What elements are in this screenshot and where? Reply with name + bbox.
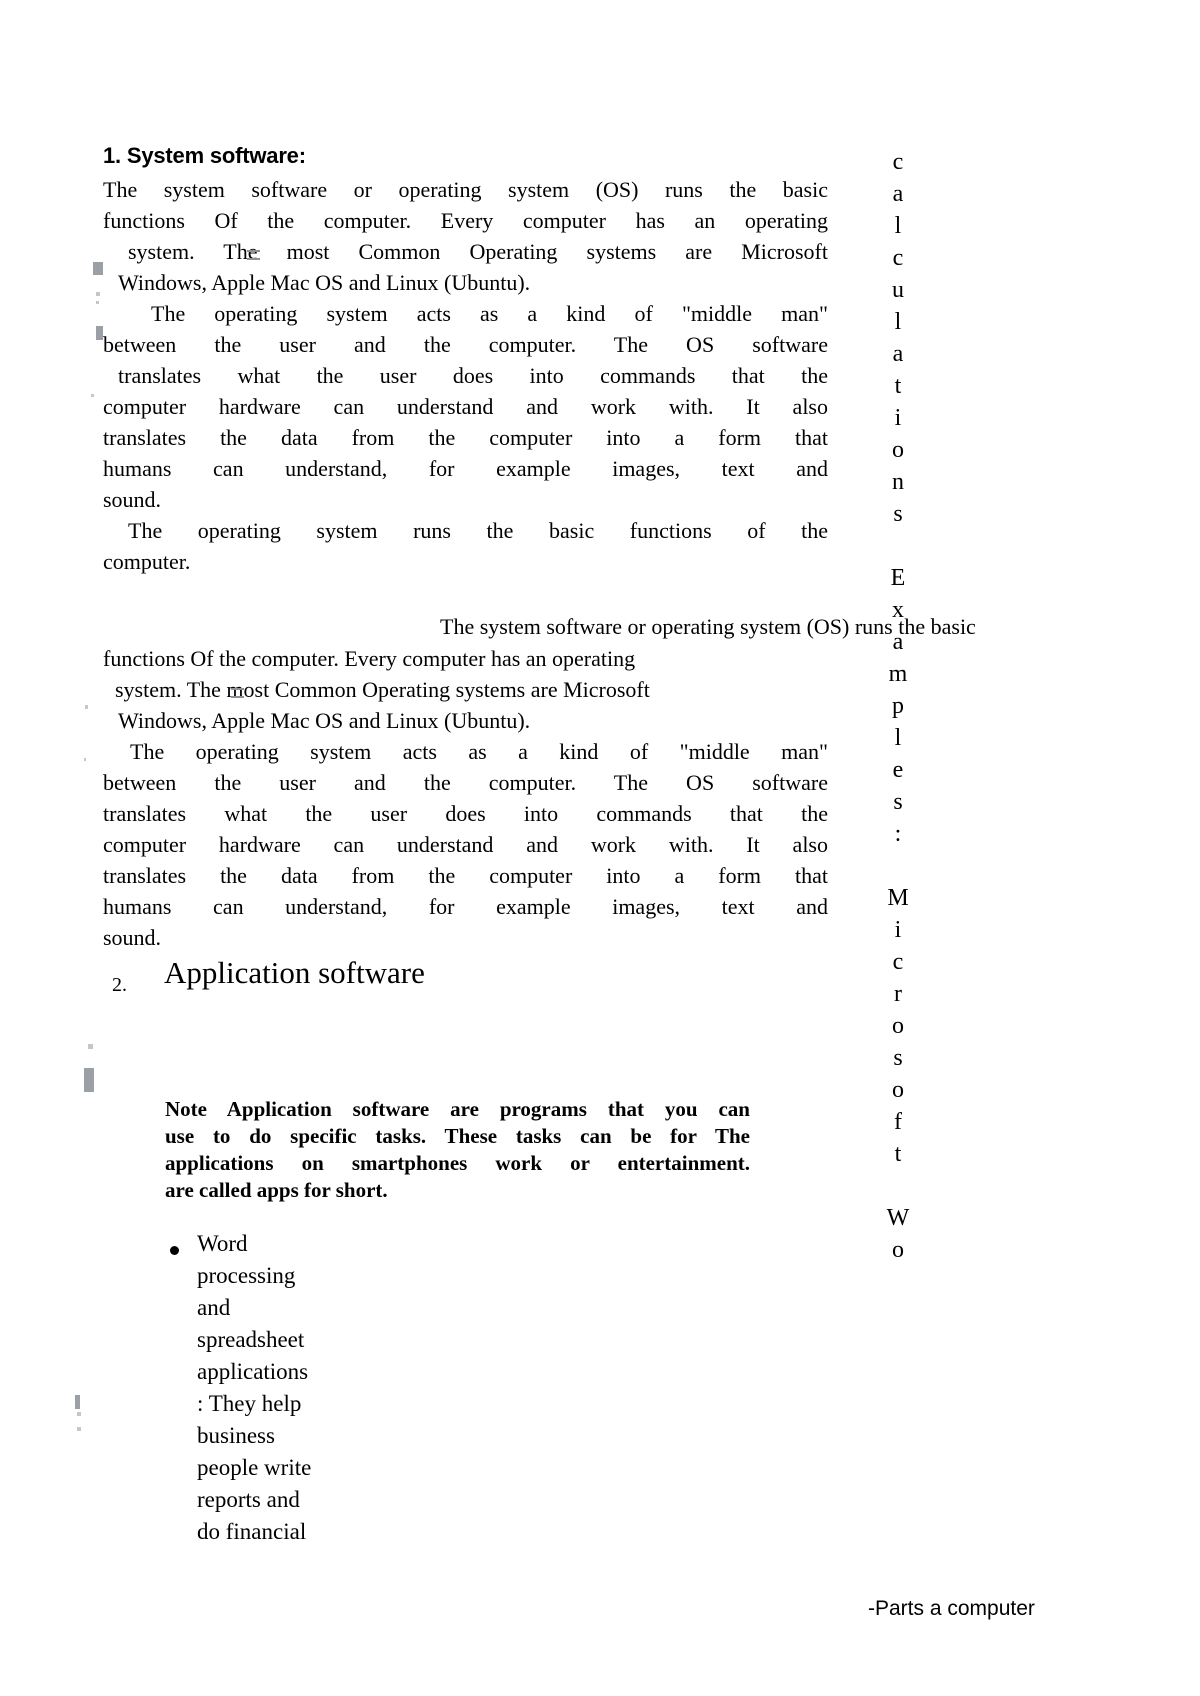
text-line: between the user and the computer. The O… <box>103 767 828 798</box>
paragraph-system-software-duplicate: functions Of the computer. Every compute… <box>103 643 828 953</box>
text-line: between the user and the computer. The O… <box>103 329 828 360</box>
text-line: system. The most Common Operating system… <box>115 674 828 705</box>
list-item-line: do financial <box>197 1516 342 1548</box>
text-line: use to do specific tasks. These tasks ca… <box>165 1123 750 1150</box>
list-item-line: applications <box>197 1356 342 1388</box>
text-line: translates the data from the computer in… <box>103 860 828 891</box>
list-item-line: spreadsheet <box>197 1324 342 1356</box>
scan-artifact <box>84 758 86 761</box>
list-item-line: : They help <box>197 1388 342 1420</box>
text-line: The operating system runs the basic func… <box>128 515 828 546</box>
text-line: translates what the user does into comma… <box>118 360 828 391</box>
document-page: 1. System software: The system software … <box>0 0 1200 1696</box>
note-paragraph: Note Application software are programs t… <box>165 1096 750 1204</box>
text-line: sound. <box>103 922 828 953</box>
text-line: Windows, Apple Mac OS and Linux (Ubuntu)… <box>118 705 828 736</box>
scan-artifact <box>88 1044 93 1049</box>
scan-artifact <box>96 292 100 296</box>
text-line: translates the data from the computer in… <box>103 422 828 453</box>
scan-artifact <box>77 1427 81 1431</box>
text-line: humans can understand, for example image… <box>103 891 828 922</box>
text-line: computer hardware can understand and wor… <box>103 829 828 860</box>
text-line: The operating system acts as a kind of "… <box>151 298 828 329</box>
text-line: system. The most Common Operating system… <box>128 236 828 267</box>
side-vertical-text-column: calculations Examples: Microsoft Wo <box>884 146 912 1266</box>
bullet-list-word-processing: Wordprocessingandspreadsheetapplications… <box>197 1228 342 1548</box>
scan-artifact <box>93 262 103 275</box>
scan-artifact <box>85 705 88 709</box>
footer-caption: -Parts a computer <box>868 1597 1035 1621</box>
section1-heading: 1. System software: <box>103 144 306 168</box>
text-line: The operating system acts as a kind of "… <box>130 736 828 767</box>
list-item-line: reports and <box>197 1484 342 1516</box>
list-item-line: Word <box>197 1228 342 1260</box>
text-line: applications on smartphones work or ente… <box>165 1150 750 1177</box>
paragraph-system-software: The system software or operating system … <box>103 174 828 577</box>
text-line: translates what the user does into comma… <box>103 798 828 829</box>
text-line: computer hardware can understand and wor… <box>103 391 828 422</box>
scan-artifact <box>247 250 260 260</box>
section2-heading: Application software <box>164 955 425 991</box>
list-item-line: people write <box>197 1452 342 1484</box>
scan-artifact <box>91 394 94 397</box>
list-item-line: and <box>197 1292 342 1324</box>
list-item-line: business <box>197 1420 342 1452</box>
scan-artifact <box>75 1395 80 1409</box>
scan-artifact <box>84 1068 94 1092</box>
text-line: functions Of the computer. Every compute… <box>103 643 828 674</box>
text-line: sound. <box>103 484 828 515</box>
section2-number: 2. <box>112 974 127 996</box>
text-line: The system software or operating system … <box>103 174 828 205</box>
scan-artifact <box>77 1412 81 1416</box>
text-line: are called apps for short. <box>165 1177 750 1204</box>
text-line: Windows, Apple Mac OS and Linux (Ubuntu)… <box>118 267 828 298</box>
text-line: Note Application software are programs t… <box>165 1096 750 1123</box>
bullet-icon <box>170 1246 179 1255</box>
text-line: functions Of the computer. Every compute… <box>103 205 828 236</box>
text-line: humans can understand, for example image… <box>103 453 828 484</box>
duplicate-overlapping-line: The system software or operating system … <box>440 611 1060 642</box>
text-line: computer. <box>103 546 828 577</box>
scan-artifact <box>96 326 103 340</box>
scan-artifact <box>231 688 244 698</box>
scan-artifact <box>96 301 99 304</box>
list-item-line: processing <box>197 1260 342 1292</box>
